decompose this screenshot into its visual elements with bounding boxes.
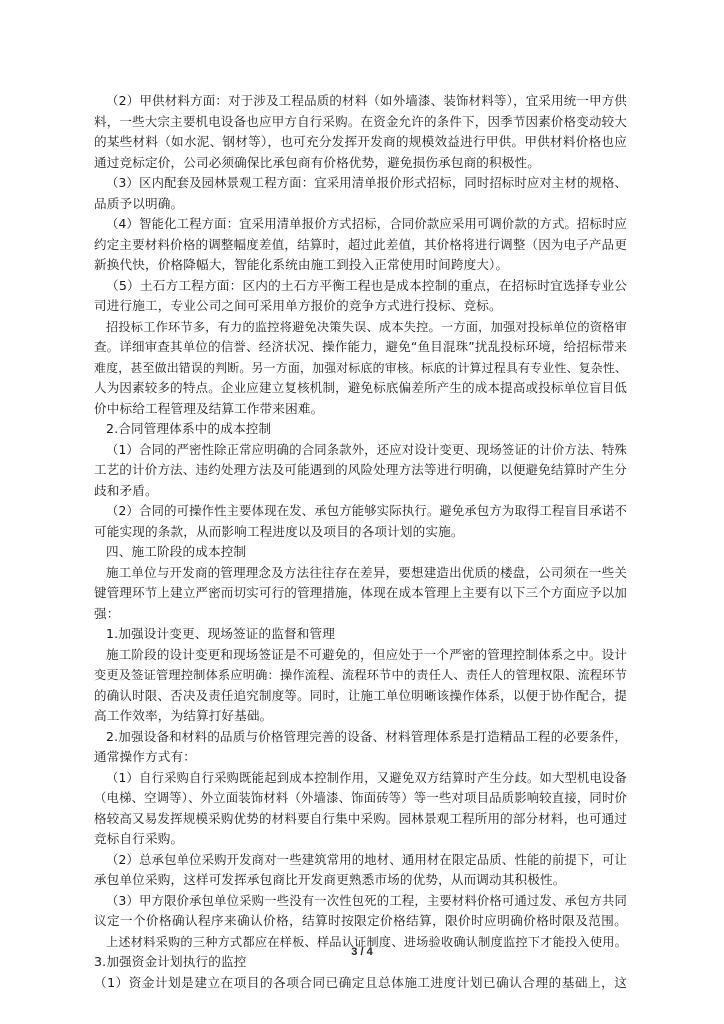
text-line: 议定一个价格确认程序来确认价格，结算时按限定价格结算，限价时应明确价格时限及范围… bbox=[94, 911, 627, 932]
text-line: 2.合同管理体系中的成本控制 bbox=[94, 419, 627, 440]
text-line: 约定主要材料价格的调整幅度差值，结算时，超过此差值，其价格将进行调整（因为电子产… bbox=[94, 235, 627, 256]
text-line: 竞标自行采购。 bbox=[94, 829, 627, 850]
text-line: 强： bbox=[94, 604, 627, 625]
document-body: （2）甲供材料方面：对于涉及工程品质的材料（如外墙漆、装饰材料等），宜采用统一甲… bbox=[94, 91, 627, 993]
text-line: （2）甲供材料方面：对于涉及工程品质的材料（如外墙漆、装饰材料等），宜采用统一甲… bbox=[94, 91, 627, 112]
text-line: 承包单位采购，这样可发挥承包商比开发商更熟悉市场的优势，从而调动其积极性。 bbox=[94, 870, 627, 891]
text-line: 施工阶段的设计变更和现场签证是不可避免的，但应处于一个严密的管理控制体系之中。设… bbox=[94, 645, 627, 666]
text-line: 难度，甚至做出错误的判断。另一方面，加强对标底的审核。标底的计算过程具有专业性、… bbox=[94, 358, 627, 379]
text-line: 可能实现的条款，从而影响工程进度以及项目的各项计划的实施。 bbox=[94, 522, 627, 543]
text-line: （2）合同的可操作性主要体现在发、承包方能够实际执行。避免承包方为取得工程盲目承… bbox=[94, 501, 627, 522]
text-line: 四、施工阶段的成本控制 bbox=[94, 542, 627, 563]
text-line: 查。详细审查其单位的信誉、经济状况、操作能力，避免“鱼目混珠”扰乱投标环境，给招… bbox=[94, 337, 627, 358]
text-line: （1）合同的严密性除正常应明确的合同条款外，还应对设计变更、现场签证的计价方法、… bbox=[94, 440, 627, 461]
text-line: （5）土石方工程方面：区内的土石方平衡工程也是成本控制的重点，在招标时宜选择专业… bbox=[94, 276, 627, 297]
text-line: 的确认时限、否决及责任追究制度等。同时，让施工单位明晰该操作体系，以便于协作配合… bbox=[94, 686, 627, 707]
text-line: （1）自行采购自行采购既能起到成本控制作用，又避免双方结算时产生分歧。如大型机电… bbox=[94, 768, 627, 789]
text-line: （2）总承包单位采购开发商对一些建筑常用的地材、通用材在限定品质、性能的前提下，… bbox=[94, 850, 627, 871]
text-line: 2.加强设备和材料的品质与价格管理完善的设备、材料管理体系是打造精品工程的必要条… bbox=[94, 727, 627, 748]
text-line: 高工作效率，为结算打好基础。 bbox=[94, 706, 627, 727]
text-line: 料，一些大宗主要机电设备也应甲方自行采购。在资金允许的条件下，因季节因素价格变动… bbox=[94, 112, 627, 133]
text-line: （4）智能化工程方面：宜采用清单报价方式招标，合同价款应采用可调价款的方式。招标… bbox=[94, 214, 627, 235]
document-page: （2）甲供材料方面：对于涉及工程品质的材料（如外墙漆、装饰材料等），宜采用统一甲… bbox=[0, 0, 724, 1024]
text-line: 工艺的计价方法、违约处理方法及可能遇到的风险处理方法等进行明确，以便避免结算时产… bbox=[94, 460, 627, 481]
text-line: 招投标工作环节多，有力的监控将避免决策失误、成本失控。一方面，加强对投标单位的资… bbox=[94, 317, 627, 338]
text-line: 格较高又易发挥规模采购优势的材料要自行集中采购。园林景观工程所用的部分材料，也可… bbox=[94, 809, 627, 830]
text-line: 1.加强设计变更、现场签证的监督和管理 bbox=[94, 624, 627, 645]
text-line: 新换代快，价格降幅大，智能化系统由施工到投入正常使用时间跨度大）。 bbox=[94, 255, 627, 276]
text-line: 通过竞标定价，公司必须确保比承包商有价格优势，避免损伤承包商的积极性。 bbox=[94, 153, 627, 174]
text-line: 人为因素较多的特点。企业应建立复核机制，避免标底偏差所产生的成本提高或投标单位盲… bbox=[94, 378, 627, 399]
text-line: 通常操作方式有： bbox=[94, 747, 627, 768]
text-line: 价中标给工程管理及结算工作带来困难。 bbox=[94, 399, 627, 420]
text-line: 变更及签证管理控制体系应明确：操作流程、流程环节中的责任人、责任人的管理权限、流… bbox=[94, 665, 627, 686]
text-line: 的某些材料（如水泥、钢材等），也可充分发挥开发商的规模效益进行甲供。甲供材料价格… bbox=[94, 132, 627, 153]
text-line: 歧和矛盾。 bbox=[94, 481, 627, 502]
text-line: 司进行施工，专业公司之间可采用单方报价的竞争方式进行投标、竞标。 bbox=[94, 296, 627, 317]
text-line: （电梯、空调等）、外立面装饰材料（外墙漆、饰面砖等）等一些对项目品质影响较直接，… bbox=[94, 788, 627, 809]
text-line: 品质予以明确。 bbox=[94, 194, 627, 215]
text-line: （3）区内配套及园林景观工程方面：宜采用清单报价形式招标，同时招标时应对主材的规… bbox=[94, 173, 627, 194]
text-line: 施工单位与开发商的管理理念及方法往往存在差异，要想建造出优质的楼盘，公司须在一些… bbox=[94, 563, 627, 584]
text-line: （1）资金计划是建立在项目的各项合同已确定且总体施工进度计划已确认合理的基础上，… bbox=[94, 973, 627, 994]
text-line: （3）甲方限价承包单位采购一些没有一次性包死的工程，主要材料价格可通过发、承包方… bbox=[94, 891, 627, 912]
text-line: 键管理环节上建立严密而切实可行的管理措施，体现在成本管理上主要有以下三个方面应予… bbox=[94, 583, 627, 604]
page-number: 3 / 4 bbox=[0, 946, 724, 958]
